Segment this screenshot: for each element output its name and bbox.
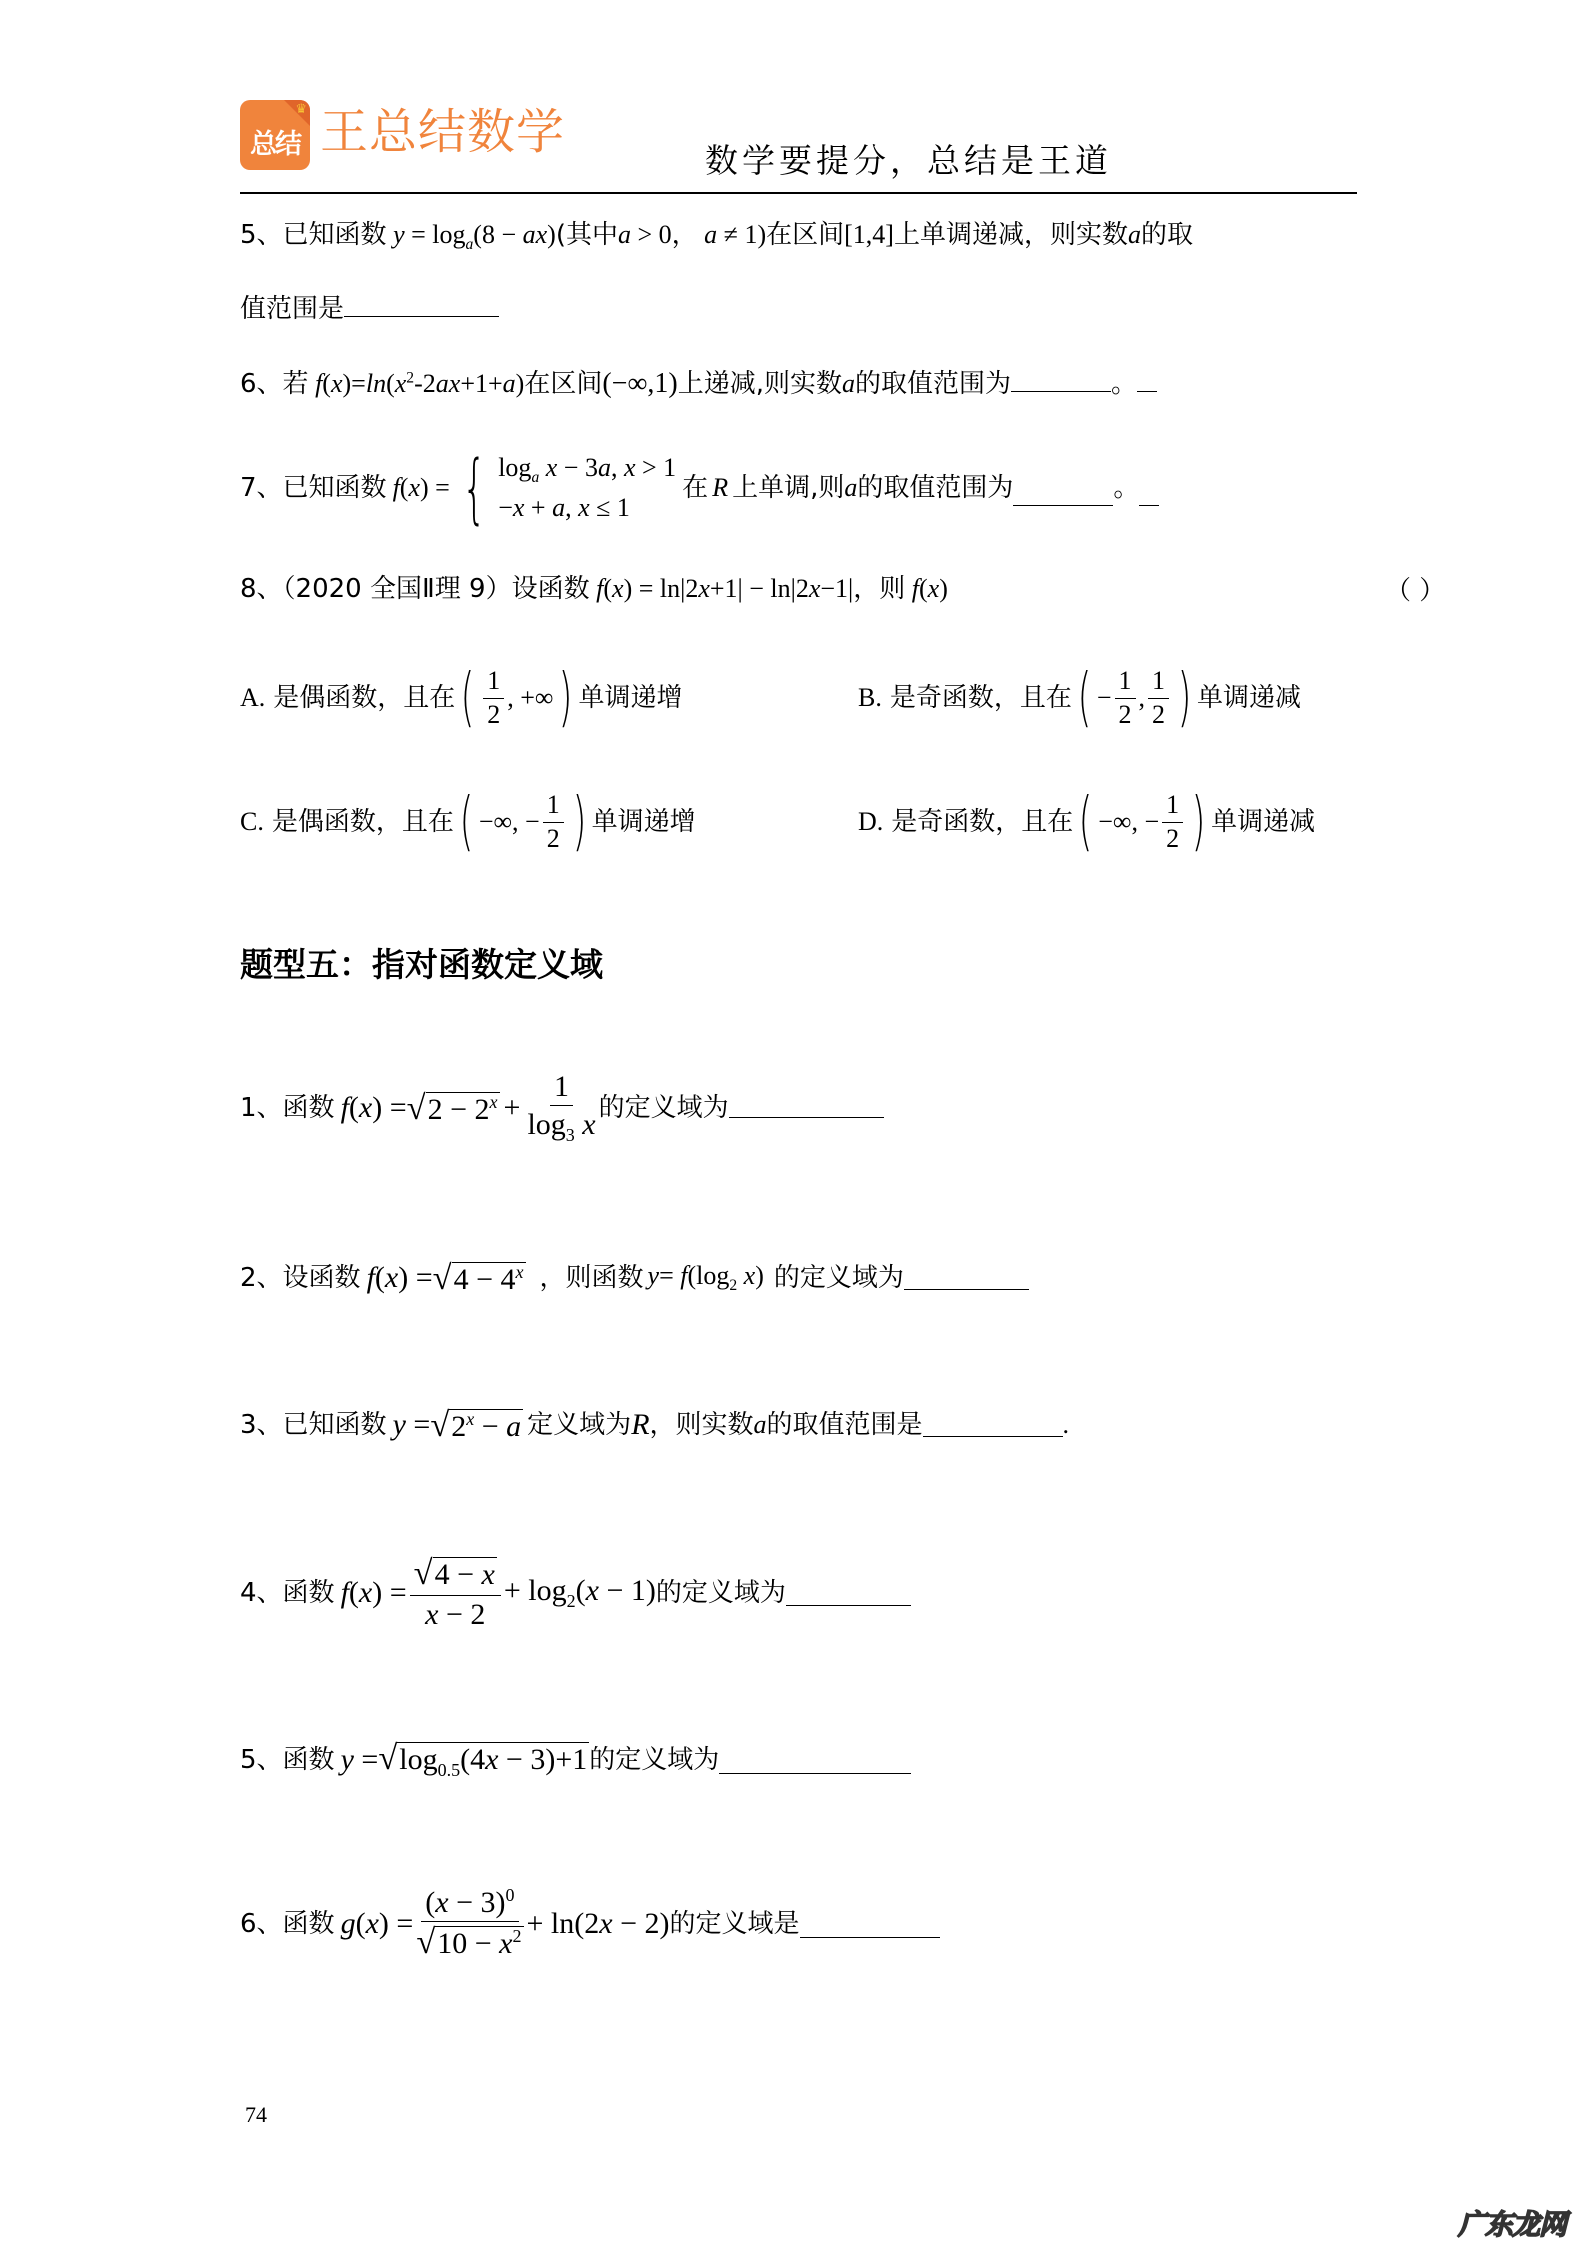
header-slogan: 数学要提分，总结是王道: [705, 144, 1112, 177]
section-question-5: 5、函数 y = √log0.5(4x − 3)+1 的定义域为: [240, 1736, 911, 1784]
section-question-4: 4、函数 f(x) = √4 − xx − 2 + log2(x − 1) 的定…: [240, 1548, 911, 1638]
answer-blank[interactable]: [786, 1604, 911, 1606]
option-c[interactable]: C.是偶函数，且在 (−∞, −12) 单调递增: [240, 786, 696, 858]
piecewise-formula: { loga x − 3a, x > 1 −x + a, x ≤ 1: [450, 450, 676, 526]
logo-badge-text: 总结: [240, 122, 310, 161]
section-question-1: 1、函数 f(x) = √2 − 2x + 1log3 x 的定义域为: [240, 1066, 884, 1150]
crown-icon: ♛: [295, 102, 307, 117]
option-d[interactable]: D.是奇函数，且在 (−∞, −12) 单调递减: [858, 786, 1315, 858]
formula: f(x)=ln(x2-2ax+1+a): [315, 369, 524, 398]
logo-badge: ♛ 总结: [240, 100, 310, 170]
section-title: 题型五：指对函数定义域: [240, 948, 603, 981]
watermark: 广东龙网: [1458, 2203, 1566, 2243]
answer-bracket[interactable]: （ ）: [1385, 578, 1445, 604]
question-6: 6、若 f(x)=ln(x2-2ax+1+a)在区间(−∞,1)上递减,则实数a…: [240, 370, 1157, 398]
formula: f(x) = ln|2x+1| − ln|2x−1|: [596, 574, 853, 603]
answer-blank[interactable]: [800, 1936, 940, 1938]
question-7: 7、已知函数 f(x) = { loga x − 3a, x > 1 −x + …: [240, 448, 1159, 528]
formula: y = loga(8 − ax): [393, 220, 556, 249]
option-a[interactable]: A.是偶函数，且在 (12, +∞) 单调递增: [240, 662, 682, 734]
section-question-6: 6、函数 g(x) = (x − 3)0√10 − x2 + ln(2x − 2…: [240, 1876, 940, 1972]
question-5: 5、已知函数 y = loga(8 − ax)(其中a > 0， a ≠ 1)在…: [240, 222, 1193, 253]
question-8: 8、（2020 全国Ⅱ理 9）设函数 f(x) = ln|2x+1| − ln|…: [240, 576, 948, 602]
answer-blank[interactable]: [923, 1435, 1063, 1437]
section-question-3: 3、已知函数 y = √2x − a 定义域为R，则实数a的取值范围是.: [240, 1405, 1069, 1445]
question-5-line2: 值范围是: [240, 296, 499, 322]
answer-blank[interactable]: [729, 1116, 884, 1118]
page-number: 74: [245, 2102, 267, 2128]
answer-blank[interactable]: [1013, 504, 1113, 506]
option-b[interactable]: B.是奇函数，且在 (−12,12) 单调递减: [858, 662, 1301, 734]
answer-blank[interactable]: [344, 315, 499, 317]
header-divider: [240, 192, 1357, 194]
section-question-2: 2、设函数 f(x) = √4 − 4x ，则函数 y= f(log2 x) 的…: [240, 1258, 1029, 1298]
answer-blank[interactable]: [719, 1772, 911, 1774]
answer-blank[interactable]: [1011, 390, 1111, 392]
answer-blank[interactable]: [904, 1288, 1029, 1290]
logo-title: 王总结数学: [320, 108, 565, 156]
